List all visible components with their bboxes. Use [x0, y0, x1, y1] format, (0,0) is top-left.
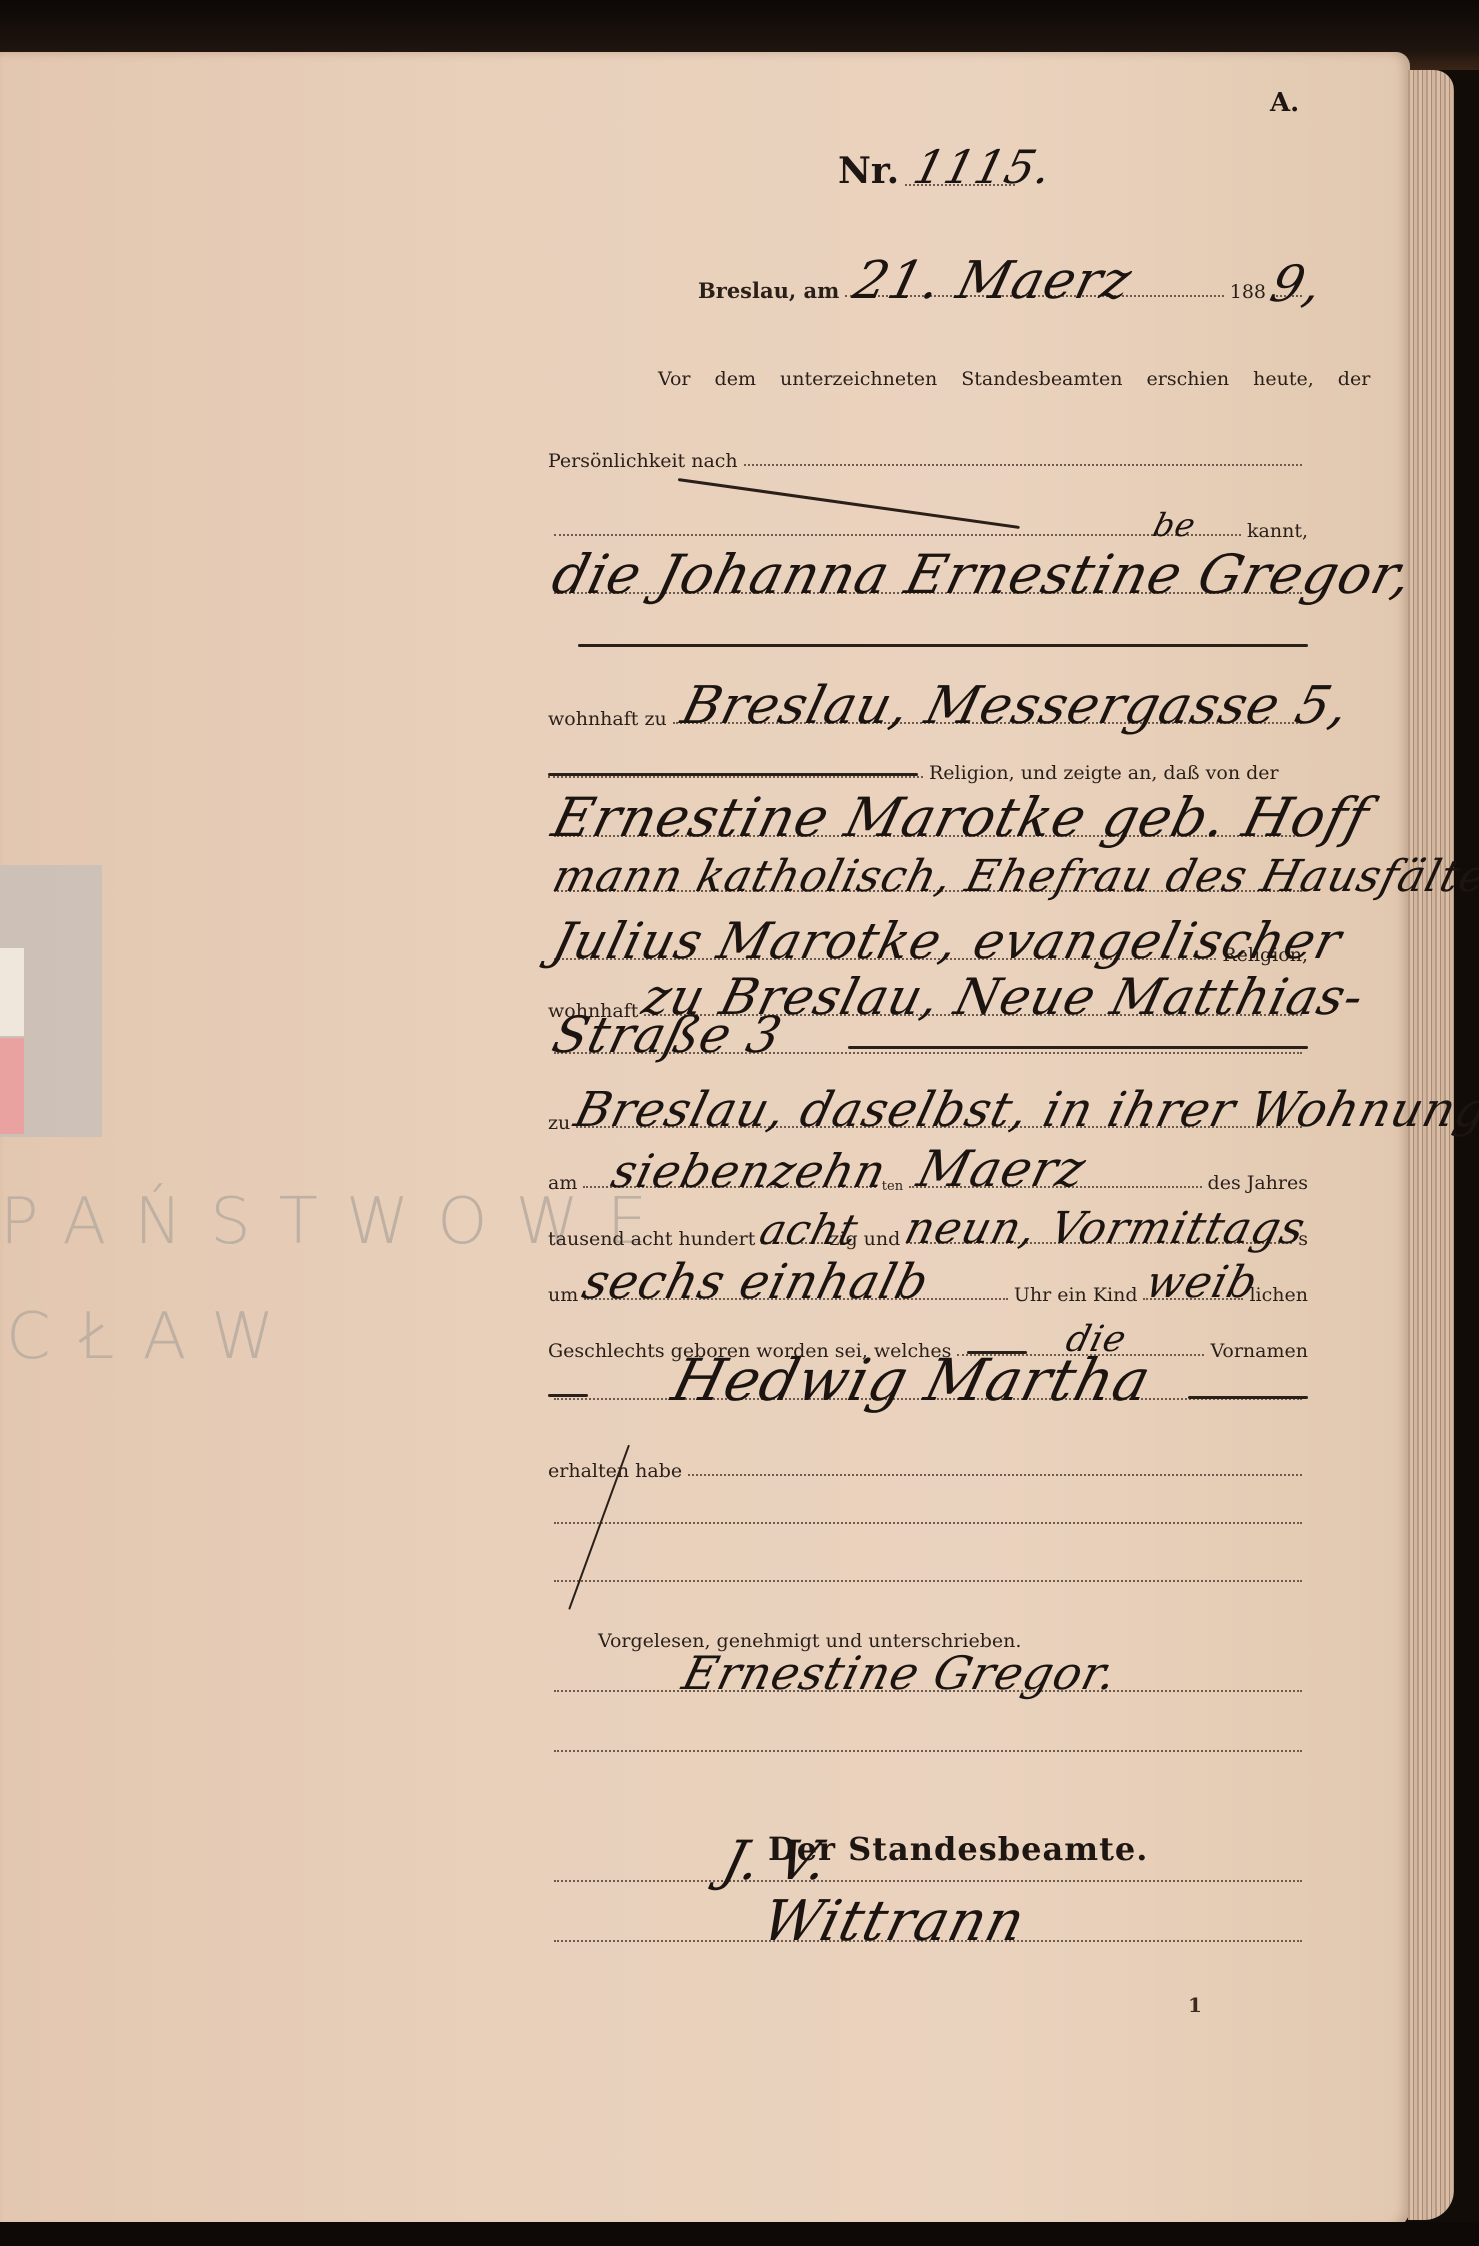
year-tens-field: acht [761, 1242, 823, 1244]
parents-residence-cont: Straße 3 [547, 1006, 788, 1064]
informant-signature: Ernestine Gregor. [677, 1646, 1123, 1700]
archive-logo-white-stripe [0, 948, 24, 1036]
time-value: sechs einhalb [577, 1254, 935, 1310]
parents-residence-field-2: Straße 3 [554, 1052, 1302, 1054]
registrar-prefix: J. V. [716, 1829, 835, 1892]
informant-value: die Johanna Ernestine Gregor, [546, 543, 1419, 606]
year-tens-value: acht [755, 1205, 864, 1254]
identity-field-2: be [554, 534, 1241, 536]
identity-row: Persönlichkeit nach [548, 450, 1308, 472]
given-names-label: Vornamen [1210, 1340, 1308, 1362]
day-label: am [548, 1172, 577, 1194]
intro-line: Vor dem unterzeichneten Standesbeamten e… [658, 368, 1308, 390]
blank-row-1 [548, 1522, 1308, 1530]
page-edges [1408, 70, 1454, 2220]
informant-row: die Johanna Ernestine Gregor, [548, 592, 1308, 600]
year-words-label: tausend acht hundert [548, 1228, 755, 1250]
given-names-value: Hedwig Martha [666, 1346, 1159, 1414]
identity-suffix: kannt, [1247, 520, 1308, 542]
child-label: Uhr ein Kind [1014, 1284, 1138, 1306]
registrar-prefix-field: J. V. [554, 1880, 1302, 1882]
given-names-row: Hedwig Martha [548, 1398, 1308, 1406]
record-number-label: Nr. [838, 150, 899, 192]
record-number-value: 1115. [908, 140, 1058, 194]
father-value: Julius Marotke, evangelischer [547, 912, 1348, 970]
year-prefix: 188 [1230, 281, 1266, 303]
birthplace-field: Breslau, daselbst, in ihrer Wohnung, [576, 1126, 1302, 1128]
given-names-dash-right [1188, 1396, 1308, 1399]
birthplace-value: Breslau, daselbst, in ihrer Wohnung, [569, 1082, 1479, 1138]
book-cover-bottom [0, 2222, 1479, 2246]
received-row: erhalten habe [548, 1460, 1308, 1482]
blank-field-2 [554, 1580, 1302, 1582]
identity-hand: be [1149, 506, 1200, 544]
watermark-line-2: CŁAW [6, 1300, 302, 1374]
informant-signature-field: Ernestine Gregor. [554, 1690, 1302, 1692]
time-label: um [548, 1284, 578, 1306]
place-label: Breslau, am [698, 278, 839, 303]
year-label: des Jahres [1208, 1172, 1308, 1194]
parents-residence-dash [848, 1046, 1308, 1049]
birthplace-row: zu Breslau, daselbst, in ihrer Wohnung, [548, 1112, 1308, 1134]
mother-value-1: Ernestine Marotke geb. Hoff [546, 786, 1376, 849]
day-row: am siebenzehn ten Maerz des Jahres [548, 1172, 1308, 1194]
day-field: siebenzehn [583, 1186, 875, 1188]
religion-label: Religion, und zeigte an, daß von der [929, 762, 1279, 784]
given-names-dash-left [548, 1394, 588, 1397]
informant-field: die Johanna Ernestine Gregor, [554, 592, 1302, 594]
record-number-field: 1115. [905, 184, 1015, 186]
identity-row-2: be kannt, [548, 520, 1308, 542]
parents-residence-row-2: Straße 3 [548, 1052, 1308, 1060]
informant-signature-row: Ernestine Gregor. [548, 1690, 1308, 1698]
birthplace-label: zu [548, 1112, 570, 1134]
blank-field-1 [554, 1522, 1302, 1524]
identity-field [744, 464, 1302, 466]
year-units-field: neun, Vormittags [906, 1242, 1292, 1244]
time-row: um sechs einhalb Uhr ein Kind weib liche… [548, 1284, 1308, 1306]
mother-row-1: Ernestine Marotke geb. Hoff [548, 835, 1308, 843]
page-number: 1 [1188, 1993, 1202, 2017]
year-units-value: neun, Vormittags [900, 1203, 1311, 1254]
residence-row: wohnhaft zu Breslau, Messergasse 5, [548, 708, 1308, 730]
informant-underline [578, 644, 1308, 647]
archive-logo-red-stripe [0, 1038, 24, 1134]
year-words-row: tausend acht hundert acht zig und neun, … [548, 1228, 1308, 1250]
mother-row-2: mann katholisch, Ehefrau des Hausfälter [548, 890, 1308, 898]
month-field: Maerz [909, 1186, 1201, 1188]
registrar-signature-field: Wittrann [554, 1940, 1302, 1942]
day-value: siebenzehn [607, 1144, 893, 1198]
residence-field: Breslau, Messergasse 5, [673, 722, 1302, 724]
sex-suffix: lichen [1249, 1284, 1308, 1306]
mother-value-2: mann katholisch, Ehefrau des Hausfälter [548, 851, 1479, 902]
residence-value: Breslau, Messergasse 5, [675, 676, 1355, 736]
record-number-row: Nr. 1115. [838, 150, 1098, 192]
sex-field: weib [1143, 1298, 1243, 1300]
time-field: sechs einhalb [584, 1298, 1008, 1300]
religion-row: Religion, und zeigte an, daß von der [548, 762, 1308, 784]
corner-label: A. [1270, 88, 1299, 118]
received-field [688, 1474, 1302, 1476]
day-suffix: ten [882, 1179, 903, 1194]
religion-dash [548, 773, 918, 776]
date-field: 21. Maerz [845, 295, 1223, 297]
signature-blank-field [554, 1750, 1302, 1752]
father-row: Julius Marotke, evangelischer Religion, [548, 944, 1308, 966]
mother-field-1: Ernestine Marotke geb. Hoff [554, 835, 1302, 837]
signature-blank-row [548, 1750, 1308, 1758]
mother-field-2: mann katholisch, Ehefrau des Hausfälter [554, 890, 1302, 892]
residence-label: wohnhaft zu [548, 708, 667, 730]
registrar-prefix-row: J. V. [548, 1880, 1308, 1888]
registrar-signature-row: Wittrann [548, 1940, 1308, 1948]
month-value: Maerz [912, 1140, 1092, 1198]
year-suffix-field: 9, [1272, 295, 1302, 297]
date-value: 21. Maerz [848, 251, 1138, 311]
date-row: Breslau, am 21. Maerz 188 9, [698, 278, 1308, 303]
identity-label: Persönlichkeit nach [548, 450, 738, 472]
religion-field [548, 776, 923, 778]
sex-value: weib [1141, 1257, 1264, 1308]
registrar-signature: Wittrann [756, 1889, 1032, 1954]
father-field: Julius Marotke, evangelischer [554, 958, 1216, 960]
blank-row-2 [548, 1580, 1308, 1588]
